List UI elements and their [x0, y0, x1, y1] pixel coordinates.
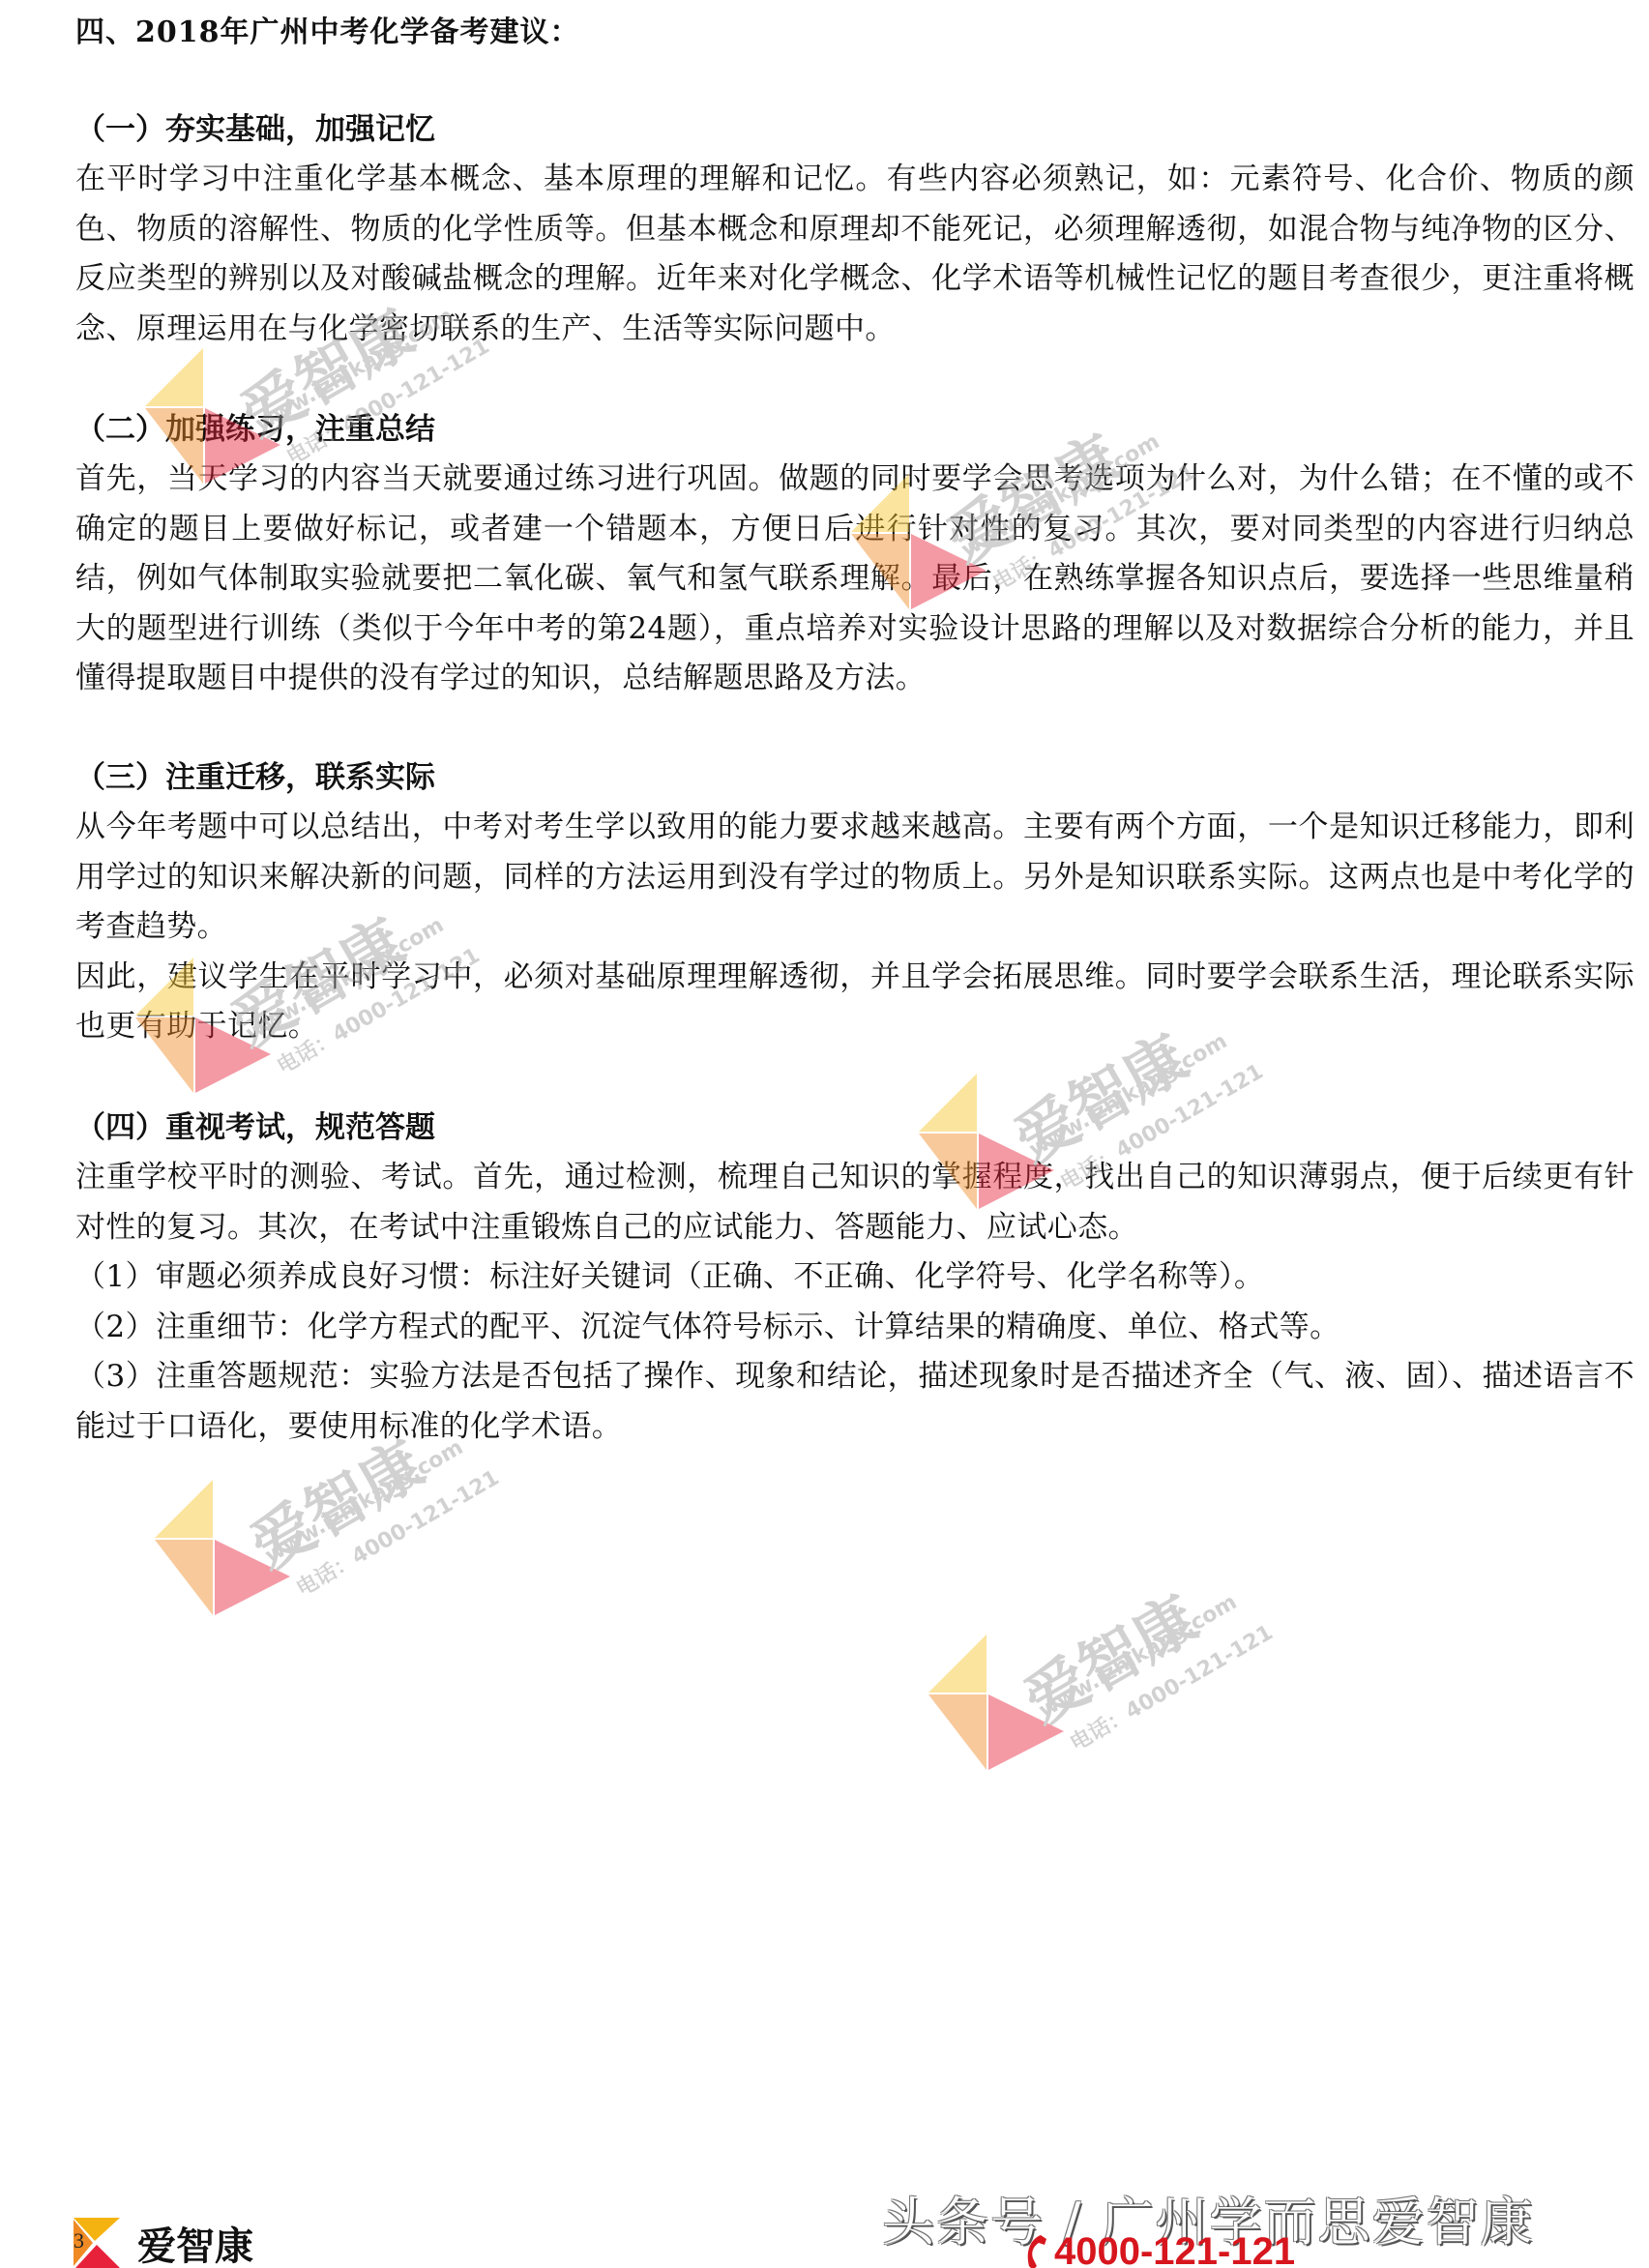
page-number: 3 [74, 2228, 84, 2253]
watermark-phone: 电话：4000-121-121 [1064, 1616, 1278, 1757]
list-item: （1）审题必须养成良好习惯：标注好关键词（正确、不正确、化学符号、化学名称等）。 [75, 1252, 1634, 1303]
section-title: （二）加强练习，注重总结 [75, 404, 1634, 455]
phone-icon [1023, 2233, 1048, 2268]
footer-logo: 爱智康 [74, 2218, 253, 2268]
footer-phone: 4000-121-121 [1023, 2230, 1295, 2268]
section-title: （一）夯实基础，加强记忆 [75, 104, 1634, 155]
section-title: （三）注重迁移，联系实际 [75, 752, 1634, 803]
watermark-brand: 爱智康 [1006, 1571, 1211, 1741]
section-3: （三）注重迁移，联系实际 从今年考题中可以总结出，中考对考生学以致用的能力要求越… [75, 752, 1634, 1052]
section-paragraph: 在平时学习中注重化学基本概念、基本原理的理解和记忆。有些内容必须熟记，如：元素符… [75, 155, 1634, 354]
list-item: （3）注重答题规范：实验方法是否包括了操作、现象和结论，描述现象时是否描述齐全（… [75, 1352, 1634, 1452]
watermark-logo-icon [155, 1480, 290, 1625]
watermark: 爱智康 www.izhikang.com 电话：4000-121-121 [928, 1528, 1277, 1838]
section-1: （一）夯实基础，加强记忆 在平时学习中注重化学基本概念、基本原理的理解和记忆。有… [75, 104, 1634, 354]
phone-number: 4000-121-121 [1054, 2230, 1295, 2268]
section-paragraph: 从今年考题中可以总结出，中考对考生学以致用的能力要求越来越高。主要有两个方面，一… [75, 803, 1634, 953]
watermark-url: www.izhikang.com [1035, 1590, 1241, 1723]
section-paragraph: 因此，建议学生在平时学习中，必须对基础原理理解透彻，并且学会拓展思维。同时要学会… [75, 953, 1634, 1052]
list-item: （2）注重细节：化学方程式的配平、沉淀气体符号标示、计算结果的精确度、单位、格式… [75, 1303, 1634, 1353]
section-2: （二）加强练习，注重总结 首先，当天学习的内容当天就要通过练习进行巩固。做题的同… [75, 404, 1634, 704]
watermark-logo-icon [928, 1635, 1064, 1780]
section-paragraph: 注重学校平时的测验、考试。首先，通过检测，梳理自己知识的掌握程度，找出自己的知识… [75, 1153, 1634, 1252]
section-4: （四）重视考试，规范答题 注重学校平时的测验、考试。首先，通过检测，梳理自己知识… [75, 1103, 1634, 1452]
section-paragraph: 首先，当天学习的内容当天就要通过练习进行巩固。做题的同时要学会思考选项为什么对，… [75, 455, 1634, 704]
watermark-phone: 电话：4000-121-121 [290, 1461, 504, 1603]
logo-text: 爱智康 [137, 2225, 253, 2268]
page-heading: 四、2018年广州中考化学备考建议： [75, 8, 580, 50]
watermark-url: www.izhikang.com [261, 1435, 467, 1569]
section-title: （四）重视考试，规范答题 [75, 1103, 1634, 1153]
